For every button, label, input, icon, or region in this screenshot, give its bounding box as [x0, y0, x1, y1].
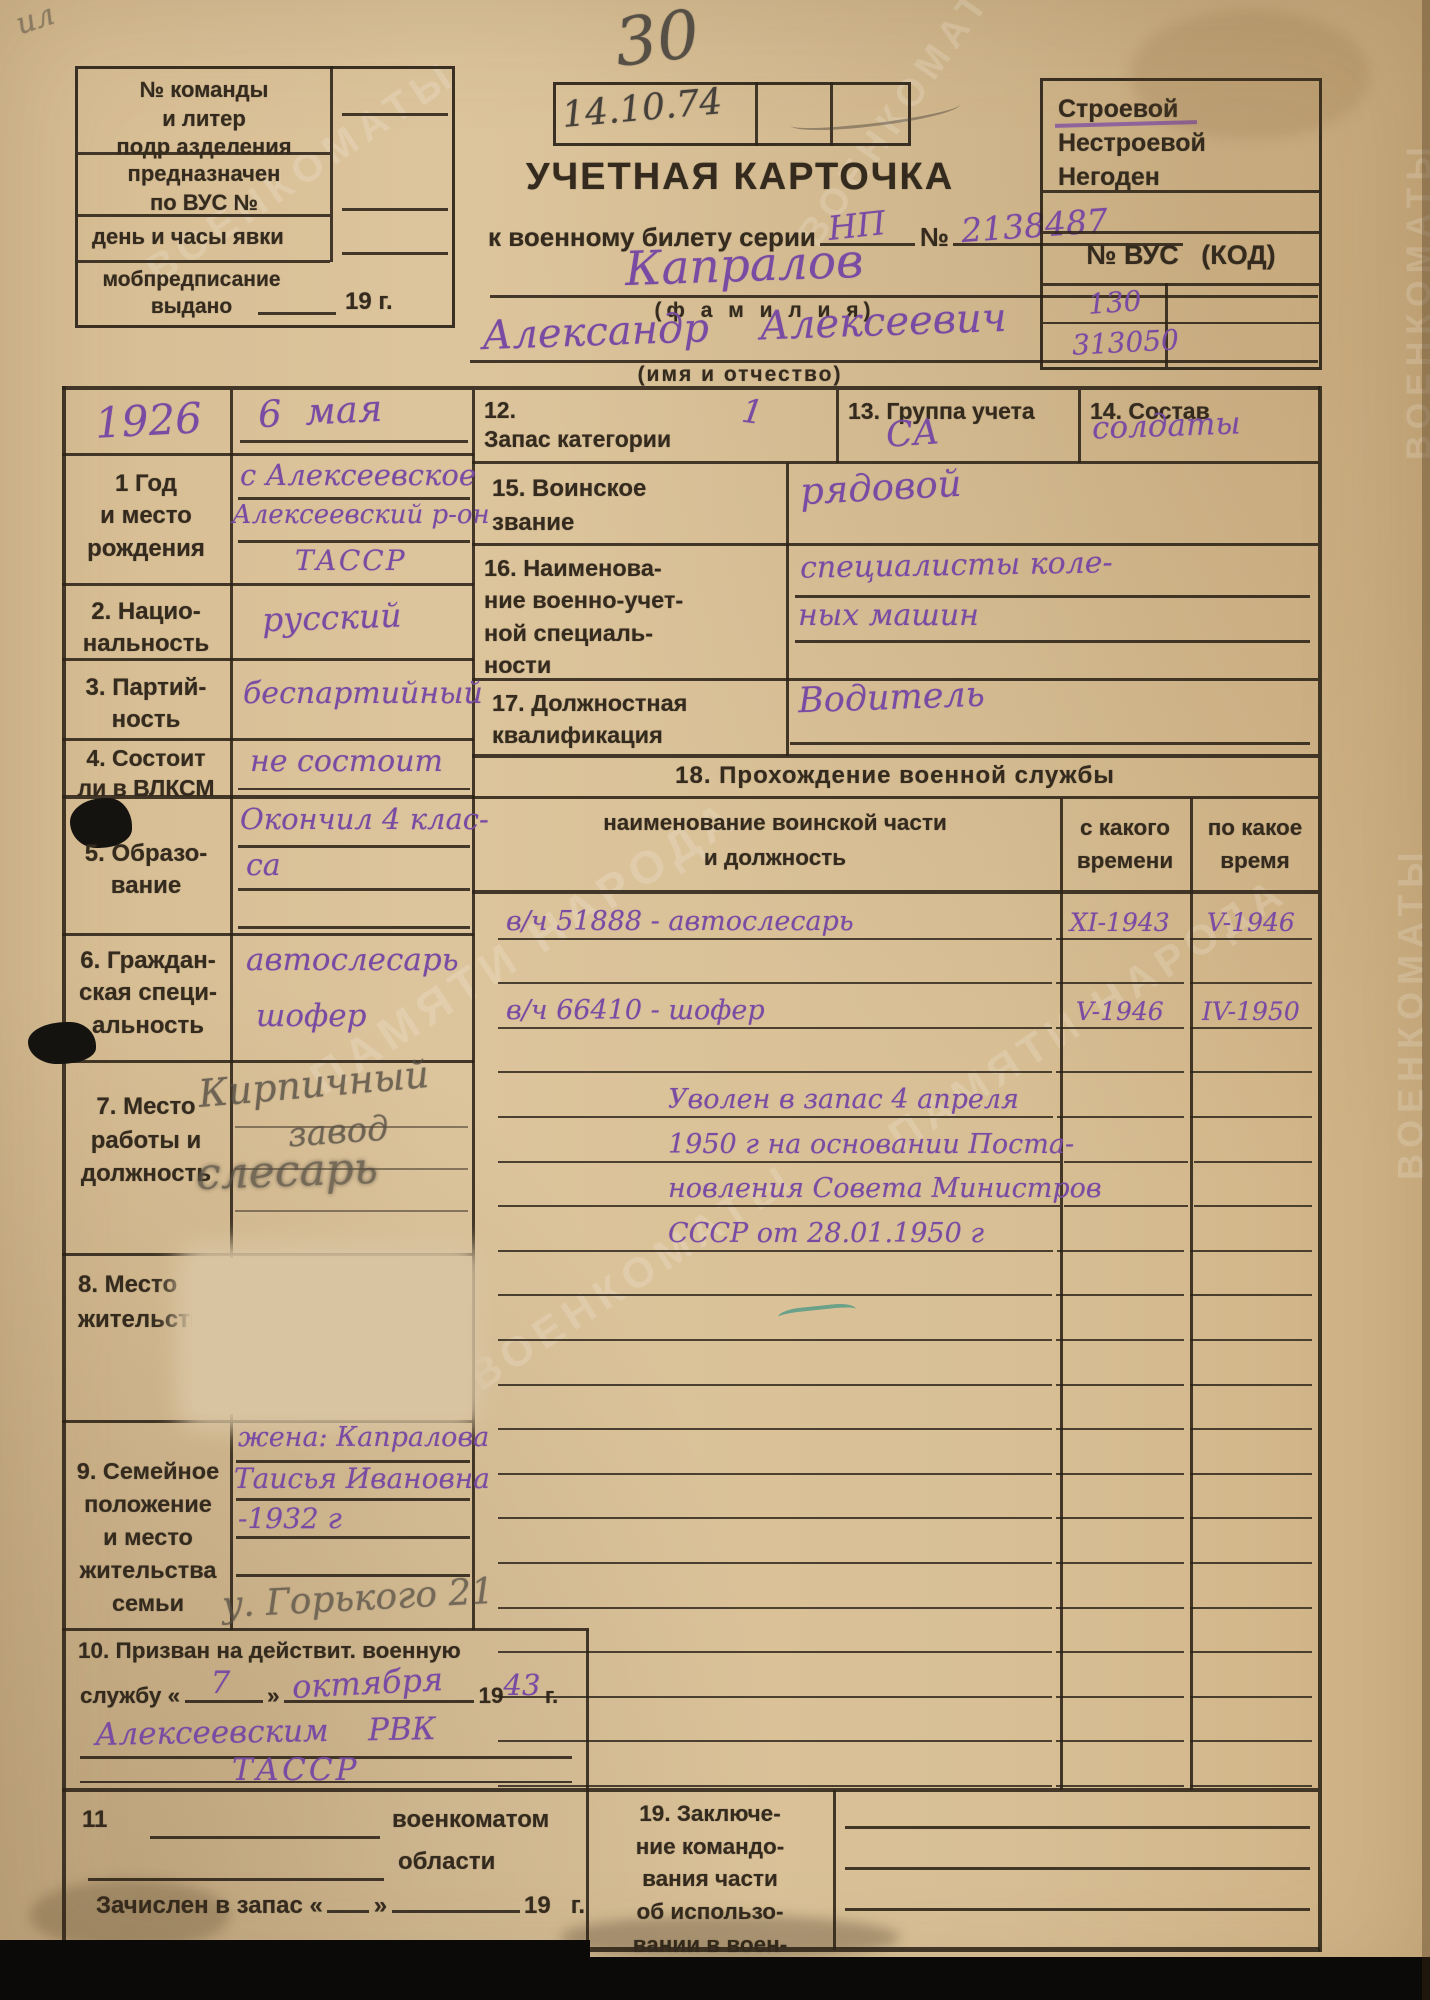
name-patronymic-value: Александр Алексеевич — [481, 295, 1007, 359]
family-line3: -1932 г — [238, 1502, 342, 1535]
fitness-option-negoden: Негоден — [1058, 160, 1206, 194]
birth-date-value: 6 мая — [257, 387, 383, 436]
birth-place-line1: с Алексеевское — [240, 458, 476, 492]
field1-label: 1 Год и место рождения — [62, 468, 230, 565]
field15-label: 15. Воинское звание — [492, 472, 646, 539]
paper-stain — [560, 1915, 900, 1960]
reserve-category-value: 1 — [739, 391, 765, 433]
service-row — [472, 1742, 1318, 1787]
service-to-date — [1190, 1784, 1312, 1787]
field11-voenkomat-label: военкоматом — [392, 1806, 549, 1834]
workplace-line3: слесарь — [195, 1143, 378, 1200]
service-row — [472, 1698, 1318, 1743]
callup-rvk-value: Алексеевским РВК — [95, 1711, 436, 1753]
service-table: в/ч 51888 - автослесарь XI-1943 V-1946 в… — [472, 895, 1318, 1787]
military-rank-value: рядовой — [799, 462, 963, 513]
field5-label: 5. Образо- вание — [62, 838, 230, 903]
field16-label: 16. Наименова- ние военно-учет- ной спец… — [484, 552, 683, 682]
field10-close-quote: » — [267, 1683, 280, 1708]
party-status-value: беспартийный — [243, 676, 483, 711]
service-row — [472, 1386, 1318, 1431]
service-from-date: V-1946 — [1056, 997, 1184, 1029]
service-row: новления Совета Министров — [472, 1163, 1318, 1208]
mob-year-label: 19 г. — [345, 288, 393, 316]
field6-label: 6. Граждан- ская специ- альность — [62, 945, 234, 1042]
service-from-date: XI-1943 — [1056, 908, 1184, 940]
number-sign: № — [920, 222, 949, 252]
service-unit-position: Уволен в запас 4 апреля — [498, 1084, 1053, 1118]
composition-value: солдаты — [1091, 405, 1241, 446]
service-row — [472, 940, 1318, 985]
mob-row-label-command: № команды и литер подр азделения — [80, 76, 328, 162]
service-row — [472, 1252, 1318, 1297]
service-row — [472, 1653, 1318, 1698]
service-col2-header: с какого времени — [1062, 812, 1188, 877]
field10-line1: 10. Призван на действит. военную — [78, 1638, 461, 1664]
field2-label: 2. Нацио- нальность — [62, 596, 230, 661]
service-to-date: IV-1950 — [1190, 997, 1312, 1029]
surname-value: Капралов — [624, 234, 864, 297]
military-registration-card-scan: ВОЕНКОМАТЫ ВОЕНКОМАТЫ ПАМЯТИ НАРОДА ВОЕН… — [0, 0, 1430, 2000]
field4-label: 4. Состоит ли в ВЛКСМ — [62, 744, 230, 804]
callup-month-blank: октября — [284, 1686, 474, 1703]
service-row — [472, 1029, 1318, 1074]
service-section-title: 18. Прохождение военной службы — [472, 762, 1318, 790]
nationality-value: русский — [261, 596, 402, 640]
civil-specialty-line1: автослесарь — [246, 942, 459, 978]
service-unit-position: новления Совета Министров — [498, 1173, 1060, 1207]
card-title: УЧЕТНАЯ КАРТОЧКА — [430, 156, 1050, 199]
service-unit-position: 1950 г на основании Поста- — [498, 1129, 1060, 1163]
callup-month-value: октября — [291, 1663, 444, 1703]
service-row — [472, 1341, 1318, 1386]
paper-stain — [1130, 10, 1370, 140]
civil-specialty-line2: шофер — [256, 998, 366, 1034]
field11-number: 11 — [82, 1806, 107, 1834]
callup-day-blank: 7 — [185, 1686, 263, 1703]
accounting-group-value: СА — [885, 412, 941, 456]
service-row — [472, 1519, 1318, 1564]
family-address-pencil: у. Горького 21 — [221, 1571, 495, 1626]
vus-code-header: № ВУС (КОД) — [1048, 240, 1314, 271]
service-row — [472, 1564, 1318, 1609]
corner-scribble: ил — [12, 0, 59, 42]
redacted-address-patch — [192, 1258, 468, 1414]
page-number-scribble: 30 — [611, 0, 704, 82]
name-caption: (имя и отчество) — [540, 363, 940, 387]
service-to-date: V-1946 — [1190, 908, 1312, 940]
position-qualification-value: Водитель — [797, 675, 985, 721]
field10-prefix: службу « — [80, 1683, 180, 1708]
mob-row-label-day-hours: день и часы явки — [92, 224, 332, 250]
family-line2: Таисья Ивановна — [234, 1462, 490, 1495]
callup-day-value: 7 — [211, 1668, 231, 1699]
scan-edge-shadow — [1422, 0, 1430, 2000]
birth-place-line2: Алексеевский р-он — [232, 500, 490, 530]
vus-code-value-2: 313050 — [1071, 323, 1179, 362]
scan-black-edge — [0, 1957, 1430, 2000]
service-from-date — [1056, 1784, 1184, 1787]
service-row: СССР от 28.01.1950 г — [472, 1207, 1318, 1252]
birth-year-value: 1926 — [94, 393, 203, 448]
service-unit-position: СССР от 28.01.1950 г — [498, 1218, 1053, 1252]
service-row — [472, 1475, 1318, 1520]
service-row: в/ч 51888 - автослесарь XI-1943 V-1946 — [472, 895, 1318, 940]
service-unit-position: в/ч 66410 - шофер — [498, 995, 1052, 1029]
field17-label: 17. Должностная квалификация — [492, 688, 687, 751]
komsomol-value: не состоит — [250, 744, 443, 779]
birth-place-line3: ТАССР — [295, 544, 407, 577]
service-unit-position: в/ч 51888 - автослесарь — [498, 906, 1052, 940]
fitness-option-nestroyevoy: Нестроевой — [1058, 126, 1206, 160]
field13-label: 13. Группа учета — [848, 398, 1035, 425]
service-row: в/ч 66410 - шофер V-1946 IV-1950 — [472, 984, 1318, 1029]
service-row: 1950 г на основании Поста- — [472, 1118, 1318, 1163]
field9-label: 9. Семейное положение и место жительства… — [62, 1455, 234, 1619]
family-line1: жена: Капралова — [238, 1422, 489, 1453]
education-line1: Окончил 4 клас- — [240, 802, 489, 836]
service-row — [472, 1430, 1318, 1475]
service-unit-position — [498, 1784, 1052, 1787]
service-col3-header: по какое время — [1192, 812, 1318, 877]
mob-row-label-vus: предназначен по ВУС № — [80, 160, 328, 217]
education-line2: са — [246, 848, 281, 883]
field12-label: 12. Запас категории — [484, 396, 671, 454]
vus-name-line1: специалисты коле- — [800, 545, 1113, 585]
service-col1-header: наименование воинской части и должность — [500, 806, 1050, 876]
vus-name-line2: ных машин — [798, 598, 979, 633]
service-row: Уволен в запас 4 апреля — [472, 1073, 1318, 1118]
field11-oblast-label: области — [398, 1848, 495, 1876]
field3-label: 3. Партий- ность — [62, 672, 230, 737]
vus-code-value-1: 130 — [1087, 284, 1143, 321]
enlist-close-quote: » — [374, 1892, 387, 1919]
enlist-year-label: 19 г. — [524, 1892, 585, 1919]
service-row — [472, 1609, 1318, 1654]
service-row — [472, 1296, 1318, 1341]
